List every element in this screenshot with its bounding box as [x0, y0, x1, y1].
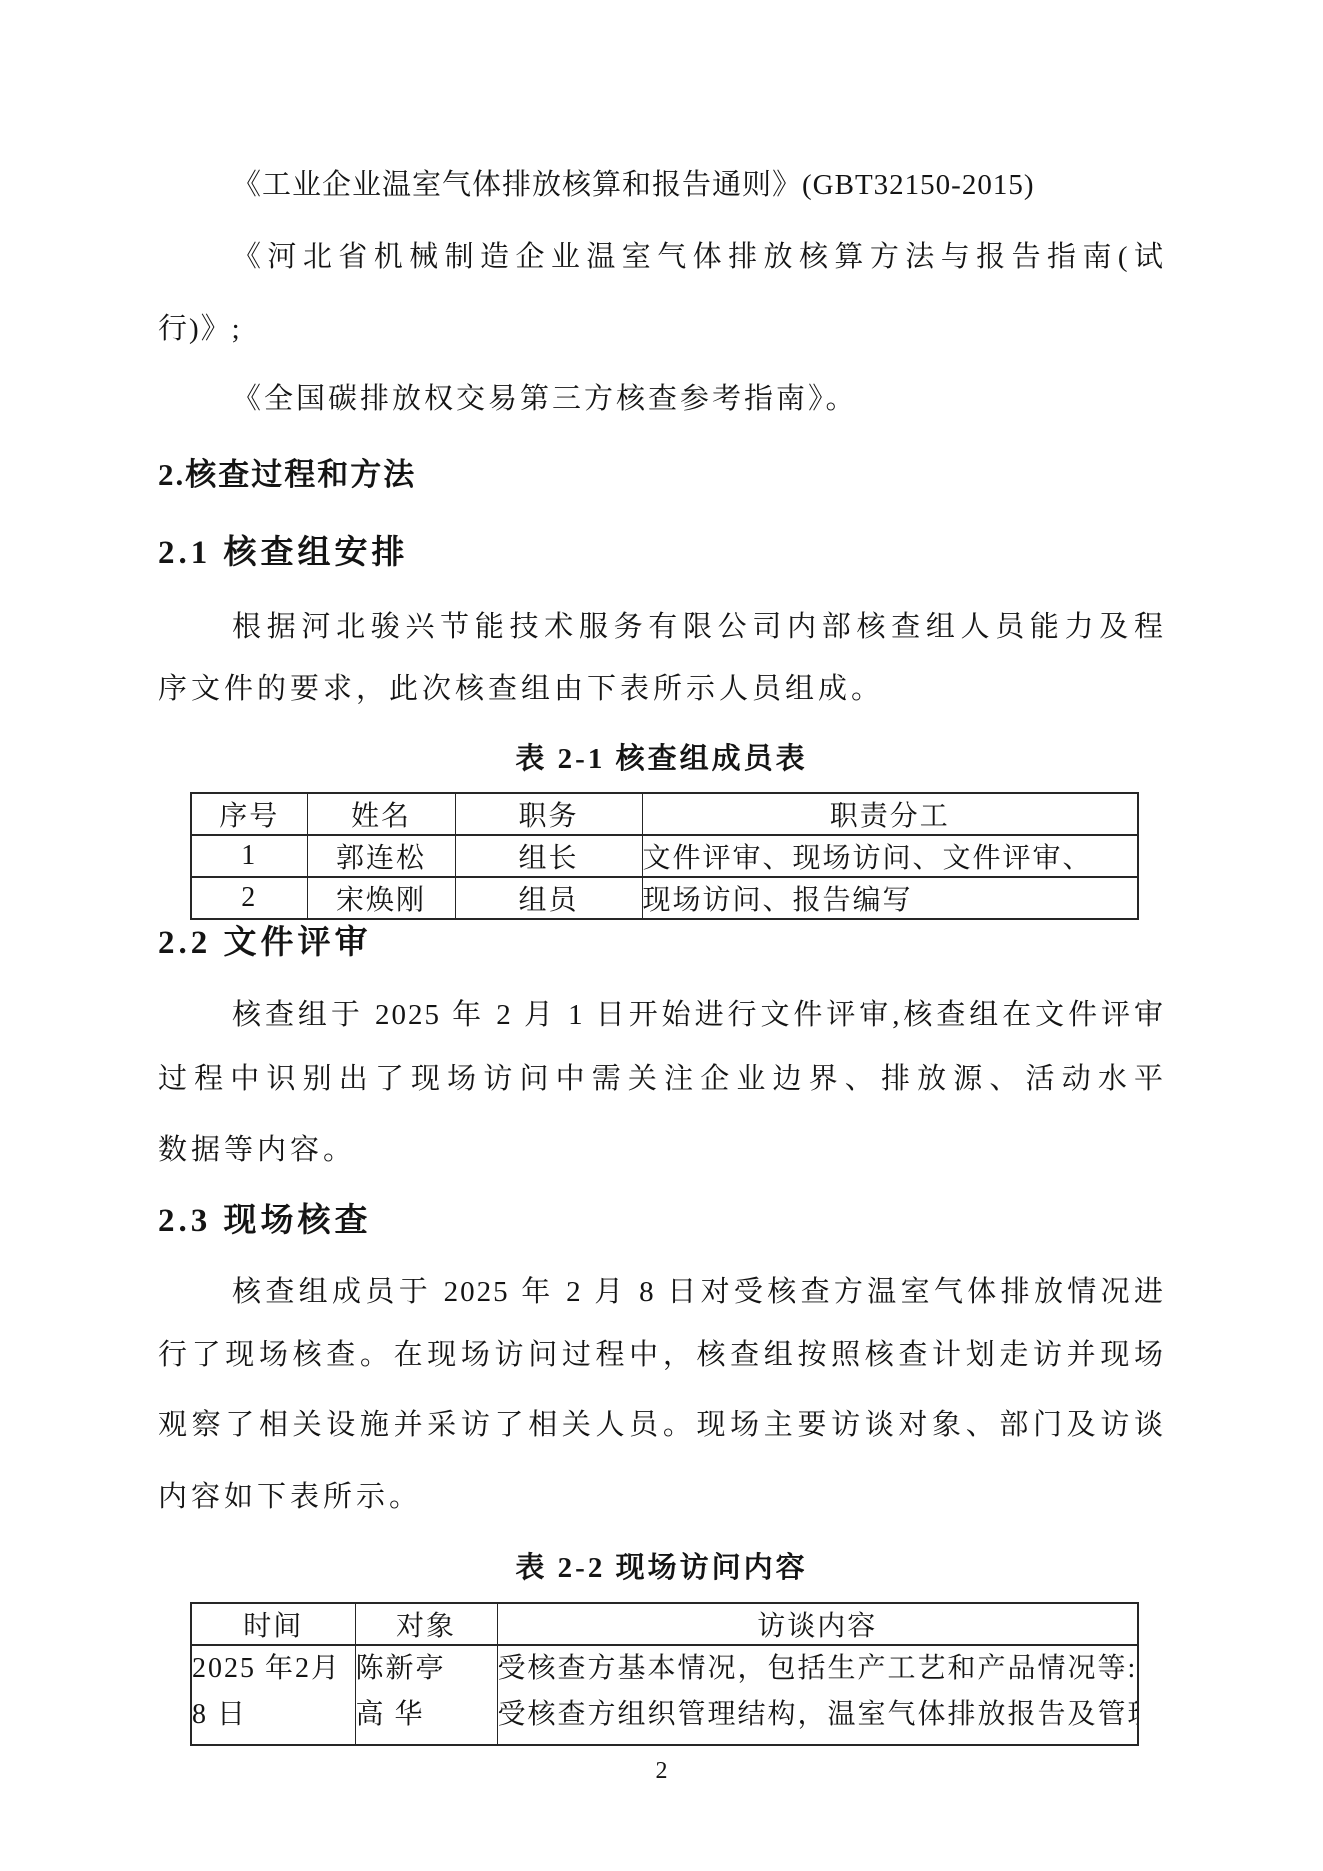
visit-content-line-2: 受核查方组织管理结构，温室气体排放报告及管理职: [498, 1692, 1138, 1738]
section-2-1-paragraph-line-2: 序文件的要求，此次核查组由下表所示人员组成。: [158, 672, 884, 708]
section-2-2-heading: 2.2 文件评审: [158, 922, 372, 964]
table-row: 2 宋焕刚 组员 现场访问、报告编写: [191, 877, 1138, 919]
section-2-3-paragraph-line-3: 观察了相关设施并采访了相关人员。现场主要访谈对象、部门及访谈: [158, 1408, 1165, 1444]
section-2-1-paragraph-line-1: 根据河北骏兴节能技术服务有限公司内部核查组人员能力及程: [232, 610, 1165, 646]
table-cell-name: 郭连松: [307, 835, 455, 877]
table-2-2-title: 表 2-2 现场访问内容: [158, 1545, 1165, 1586]
section-2-3-paragraph-line-4: 内容如下表所示。: [158, 1480, 422, 1516]
table-2-1-team-members: 序号 姓名 职务 职责分工 1 郭连松 组长 文件评审、现场访问、文件评审、 2…: [190, 792, 1139, 920]
table-cell-time: 2025 年2月 8 日: [191, 1645, 355, 1745]
section-2-3-paragraph-line-1: 核查组成员于 2025 年 2 月 8 日对受核查方温室气体排放情况进: [232, 1275, 1165, 1311]
visit-person-line-1: 陈新亭: [356, 1646, 497, 1692]
table-2-2-header-content: 访谈内容: [497, 1603, 1138, 1645]
table-cell-role: 组员: [455, 877, 642, 919]
table-2-1-header-seq: 序号: [191, 793, 307, 835]
table-2-2-header-person: 对象: [355, 1603, 497, 1645]
section-2-2-paragraph-line-1: 核查组于 2025 年 2 月 1 日开始进行文件评审,核查组在文件评审: [232, 998, 1165, 1034]
table-cell-duty: 现场访问、报告编写: [642, 877, 1138, 919]
visit-content-line-1: 受核查方基本情况，包括生产工艺和产品情况等:: [498, 1646, 1138, 1692]
visit-person-line-2: 高 华: [356, 1692, 497, 1738]
table-2-1-title: 表 2-1 核查组成员表: [158, 736, 1165, 777]
reference-line-2: 《河北省机械制造企业温室气体排放核算方法与报告指南(试: [232, 240, 1165, 276]
reference-line-4: 《全国碳排放权交易第三方核查参考指南》。: [232, 382, 858, 418]
table-2-1-header-duty: 职责分工: [642, 793, 1138, 835]
table-cell-seq: 2: [191, 877, 307, 919]
section-2-3-heading: 2.3 现场核查: [158, 1200, 372, 1242]
table-cell-duty: 文件评审、现场访问、文件评审、: [642, 835, 1138, 877]
reference-line-1: 《工业企业温室气体排放核算和报告通则》(GBT32150-2015): [232, 168, 1034, 204]
table-cell-name: 宋焕刚: [307, 877, 455, 919]
table-2-1-header-role: 职务: [455, 793, 642, 835]
table-row: 1 郭连松 组长 文件评审、现场访问、文件评审、: [191, 835, 1138, 877]
reference-line-3: 行)》;: [158, 312, 242, 348]
section-2-heading: 2.核查过程和方法: [158, 455, 416, 495]
section-2-3-paragraph-line-2: 行了现场核查。在现场访问过程中，核查组按照核查计划走访并现场: [158, 1338, 1165, 1374]
table-cell-person: 陈新亭 高 华: [355, 1645, 497, 1745]
table-2-1-header-name: 姓名: [307, 793, 455, 835]
section-2-2-paragraph-line-3: 数据等内容。: [158, 1133, 356, 1169]
table-2-1-header-row: 序号 姓名 职务 职责分工: [191, 793, 1138, 835]
table-cell-role: 组长: [455, 835, 642, 877]
table-2-2-header-row: 时间 对象 访谈内容: [191, 1603, 1138, 1645]
table-2-2-header-time: 时间: [191, 1603, 355, 1645]
table-cell-seq: 1: [191, 835, 307, 877]
table-cell-content: 受核查方基本情况，包括生产工艺和产品情况等: 受核查方组织管理结构，温室气体排放…: [497, 1645, 1138, 1745]
section-2-1-heading: 2.1 核查组安排: [158, 532, 409, 574]
section-2-2-paragraph-line-2: 过程中识别出了现场访问中需关注企业边界、排放源、活动水平: [158, 1062, 1165, 1098]
document-page: 《工业企业温室气体排放核算和报告通则》(GBT32150-2015) 《河北省机…: [0, 0, 1323, 1871]
page-number: 2: [0, 1758, 1323, 1785]
table-row: 2025 年2月 8 日 陈新亭 高 华 受核查方基本情况，包括生产工艺和产品情…: [191, 1645, 1138, 1745]
visit-time-line-2: 8 日: [192, 1692, 355, 1738]
table-2-2-site-visit: 时间 对象 访谈内容 2025 年2月 8 日 陈新亭 高 华 受核查方基本情况…: [190, 1602, 1139, 1746]
visit-time-line-1: 2025 年2月: [192, 1646, 355, 1692]
